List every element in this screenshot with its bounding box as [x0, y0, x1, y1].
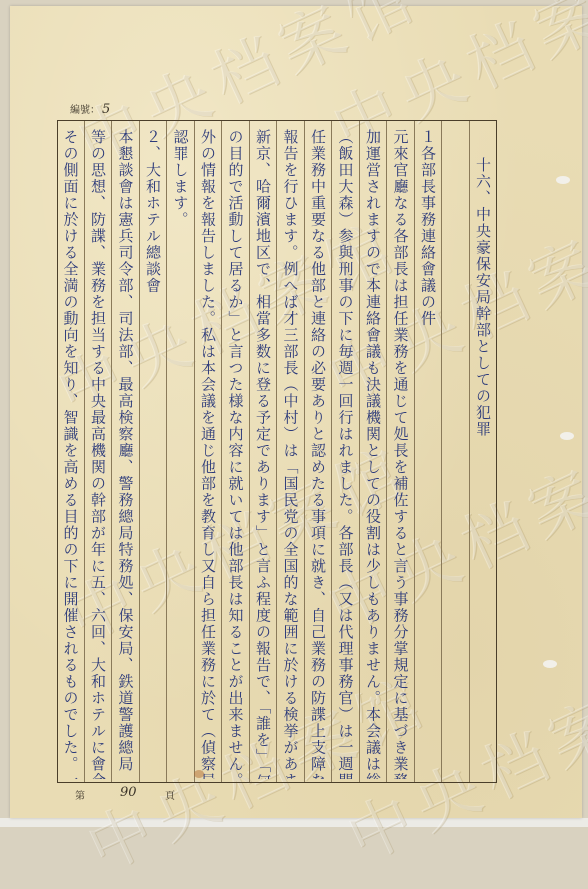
column-text: 認罪します。: [167, 129, 194, 779]
footer-prefix: 第: [75, 791, 85, 802]
text-column: その側面に於ける全満の動向を知り、智識を高める目的の下に開催されるものでした。一…: [56, 121, 84, 782]
column-text: 元來官廳なる各部長は担任業務を通じて処長を補佐すると言う事務分掌規定に基づき業務: [387, 129, 414, 779]
text-column: 加運営されますので本連絡會議も決議機関としての役割は少しもありません。本会議は総…: [359, 121, 387, 782]
text-column: 等の思想、防諜、業務を担当する中央最高機関の幹部が年に五、六回、大和ホテルに會合…: [84, 121, 112, 782]
punch-hole: [543, 660, 557, 668]
page-footer: 第 90 頁: [75, 787, 85, 802]
section-title: 十六、中央豪保安局幹部としての犯罪: [470, 157, 497, 807]
footer-page-number: 90: [120, 785, 137, 800]
text-column: （飯田大森）参與刑事の下に毎週一回行はれました。各部長（又は代理事務官）は一週間…: [331, 121, 359, 782]
text-column: の目的で活動して居るか」と言つた様な内容に就いては他部長は知ることが出来ません。…: [221, 121, 249, 782]
text-column: 任業務中重要なる他部と連絡の必要ありと認めたる事項に就き、自己業務の防諜上支障な…: [304, 121, 332, 782]
text-column: 本懇談會は憲兵司令部、司法部、最高検察廳、警務總局特務処、保安局、鉄道警護總局: [111, 121, 139, 782]
ink-stain: [194, 770, 204, 778]
text-column: 報告を行ひます。例へば才三部長（中村）は「国民党の全国的な範囲に於ける検挙があま…: [276, 121, 304, 782]
column-text: ２、大和ホテル總談會: [140, 129, 167, 779]
manuscript-grid: 十六、中央豪保安局幹部としての犯罪１各部長事務連絡會議の件元來官廳なる各部長は担…: [57, 120, 497, 783]
text-column: 元來官廳なる各部長は担任業務を通じて処長を補佐すると言う事務分掌規定に基づき業務: [386, 121, 414, 782]
serial-number: 編號：5: [70, 101, 110, 117]
punch-hole: [560, 432, 574, 440]
text-column: １各部長事務連絡會議の件: [414, 121, 442, 782]
punch-hole: [556, 176, 570, 184]
column-text: 本懇談會は憲兵司令部、司法部、最高検察廳、警務總局特務処、保安局、鉄道警護總局: [112, 129, 139, 779]
text-column: 外の情報を報告しました。私は本会議を通じ他部を教育し又自ら担任業務に於て（偵察局…: [194, 121, 222, 782]
column-text: [442, 129, 469, 779]
text-column: 認罪します。: [166, 121, 194, 782]
column-text: 加運営されますので本連絡會議も決議機関としての役割は少しもありません。本会議は総…: [360, 129, 387, 779]
text-column: [441, 121, 469, 782]
column-text: 新京、哈爾濱地区で、相當多数に登る予定であります」と言ふ程度の報告で、「誰を」「…: [250, 129, 277, 779]
scan-bottom-margin: [0, 818, 588, 827]
footer-suffix: 頁: [165, 787, 175, 802]
text-column: 十六、中央豪保安局幹部としての犯罪: [469, 121, 497, 782]
serial-value: 5: [102, 102, 110, 117]
column-text: 任業務中重要なる他部と連絡の必要ありと認めたる事項に就き、自己業務の防諜上支障な…: [305, 129, 332, 779]
column-text: 報告を行ひます。例へば才三部長（中村）は「国民党の全国的な範囲に於ける検挙があま…: [277, 129, 304, 779]
serial-label: 編號：: [70, 105, 100, 116]
column-text: １各部長事務連絡會議の件: [415, 129, 442, 779]
column-text: の目的で活動して居るか」と言つた様な内容に就いては他部長は知ることが出来ません。…: [222, 129, 249, 779]
text-column: 新京、哈爾濱地区で、相當多数に登る予定であります」と言ふ程度の報告で、「誰を」「…: [249, 121, 277, 782]
column-text: その側面に於ける全満の動向を知り、智識を高める目的の下に開催されるものでした。一…: [56, 129, 84, 779]
column-text: （飯田大森）参與刑事の下に毎週一回行はれました。各部長（又は代理事務官）は一週間…: [332, 129, 359, 779]
column-text: 等の思想、防諜、業務を担当する中央最高機関の幹部が年に五、六回、大和ホテルに會合…: [85, 129, 112, 779]
column-text: 外の情報を報告しました。私は本会議を通じ他部を教育し又自ら担任業務に於て（偵察局…: [195, 129, 222, 779]
text-column: ２、大和ホテル總談會: [139, 121, 167, 782]
